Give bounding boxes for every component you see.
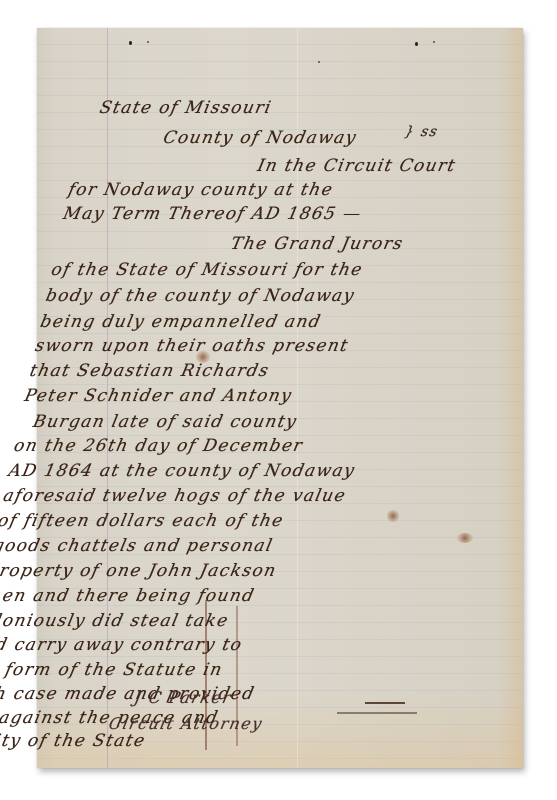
- header-court: In the Circuit Court: [256, 156, 458, 176]
- pinhole: [433, 41, 435, 43]
- body-line: the form of the Statute in: [0, 660, 225, 680]
- body-line: The Grand Jurors: [229, 234, 405, 254]
- body-line: that Sebastian Richards: [28, 361, 271, 381]
- ink-stain: [457, 533, 473, 543]
- body-line: being duly empannelled and: [38, 312, 323, 332]
- header-county: County of Nodaway: [161, 128, 358, 148]
- body-line: aforesaid twelve hogs of the value: [1, 486, 348, 506]
- body-line: dignity of the State: [0, 731, 148, 751]
- body-line: then and there being found: [0, 586, 257, 606]
- ss-mark: } ss: [403, 124, 440, 140]
- header-court-line2: for Nodaway county at the: [66, 180, 335, 200]
- body-line: feloniously did steal take: [0, 611, 231, 631]
- header-term: May Term Thereof AD 1865 —: [61, 204, 363, 224]
- pinhole: [415, 42, 418, 46]
- pinhole: [129, 41, 132, 45]
- signature-flourish: [365, 702, 405, 704]
- body-line: AD 1864 at the county of Nodaway: [7, 461, 357, 481]
- body-line: of fifteen dollars each of the: [0, 511, 286, 531]
- body-line: property of one John Jackson: [0, 561, 279, 581]
- body-line: body of the county of Nodaway: [44, 286, 357, 306]
- body-line: Burgan late of said county: [31, 412, 299, 432]
- manuscript-page: State of Missouri County of Nodaway } ss…: [37, 28, 523, 768]
- spot: [318, 61, 320, 63]
- body-line: Peter Schnider and Antony: [23, 386, 295, 406]
- signature-title: Circuit Attorney: [107, 714, 265, 733]
- body-line: of the State of Missouri for the: [49, 260, 364, 280]
- ink-stain: [387, 510, 399, 522]
- body-line: and carry away contrary to: [0, 635, 244, 655]
- body-line: goods chattels and personal: [0, 536, 275, 556]
- pinhole: [147, 41, 149, 43]
- body-line: sworn upon their oaths present: [33, 336, 350, 356]
- body-line: on the 26th day of December: [12, 436, 305, 456]
- signature-flourish: [337, 712, 417, 714]
- signature-name: J C Parker: [133, 688, 234, 707]
- header-state: State of Missouri: [98, 98, 274, 118]
